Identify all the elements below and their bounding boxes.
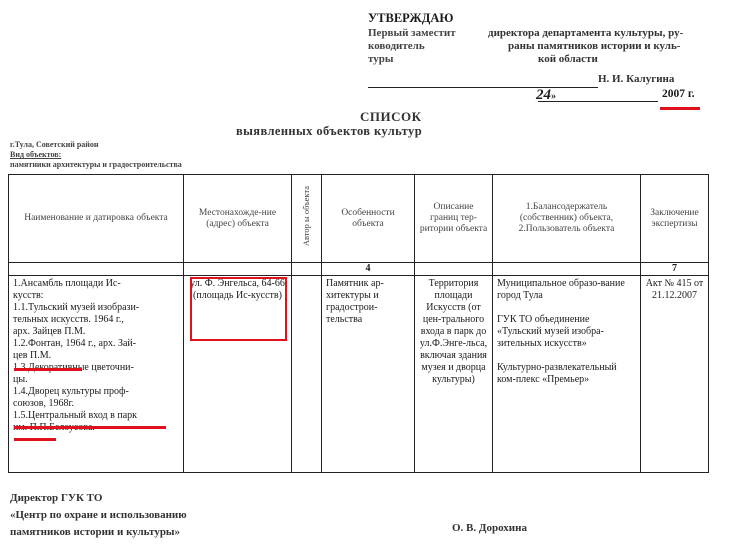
col-number [9, 263, 184, 276]
header-address: Местонахожде-ние (адрес) объекта [184, 175, 292, 263]
footer-line1: Директор ГУК ТО [10, 490, 187, 507]
cell-features: Памятник ар-хитектуры и градострои-тельс… [322, 276, 415, 473]
document-title: СПИСОК [360, 109, 422, 125]
object-type-value: памятники архитектуры и градостроительст… [10, 160, 182, 170]
cell-boundary: Территория площади Искусств (от цен-трал… [415, 276, 493, 473]
approval-line1-right: директора департамента культуры, ру- [488, 27, 683, 40]
object-type-label: Вид объектов: [10, 150, 61, 159]
table-row: 1.Ансамбль площади Ис-кусств: 1.1.Тульск… [9, 276, 709, 473]
header-features: Особенности объекта [322, 175, 415, 263]
red-underline-year [660, 107, 700, 110]
red-underline-fountain [14, 368, 82, 371]
header-owner: 1.Балансодержатель (собственник) объекта… [493, 175, 641, 263]
table-header-row: Наименование и датировка объекта Местона… [9, 175, 709, 263]
cell-expertise: Акт № 415 от 21.12.2007 [641, 276, 709, 473]
col-number: 4 [322, 263, 415, 276]
cell-owner: Муниципальное образо-вание город Тула ГУ… [493, 276, 641, 473]
footer-block: Директор ГУК ТО «Центр по охране и испол… [10, 490, 187, 541]
table-number-row: 4 7 [9, 263, 709, 276]
address-highlight-box [190, 277, 287, 341]
header-author: Автор ы объекта [292, 175, 322, 263]
approval-line3-left: туры [368, 53, 488, 66]
approval-title: УТВЕРЖДАЮ [368, 12, 683, 25]
footer-line2: «Центр по охране и использованию [10, 507, 187, 524]
cell-author [292, 276, 322, 473]
col-number [493, 263, 641, 276]
approval-block: УТВЕРЖДАЮ Первый заместитдиректора депар… [368, 12, 683, 66]
approval-signatory: Н. И. Калугина [598, 73, 674, 85]
red-underline-palace [14, 426, 166, 429]
approval-line3-right: кой области [488, 53, 598, 66]
date-line [538, 101, 658, 102]
location-city: г.Тула, Советский район [10, 140, 182, 150]
document-subtitle: выявленных объектов культур [236, 124, 422, 139]
location-block: г.Тула, Советский район Вид объектов: па… [10, 140, 182, 170]
approval-line1-left: Первый заместит [368, 27, 488, 40]
col-number: 7 [641, 263, 709, 276]
header-name: Наименование и датировка объекта [9, 175, 184, 263]
col-number [184, 263, 292, 276]
approval-date-year: 2007 г. [662, 88, 695, 100]
header-boundary: Описание границ тер-ритории объекта [415, 175, 493, 263]
footer-signatory: О. В. Дорохина [452, 522, 527, 534]
cell-name: 1.Ансамбль площади Ис-кусств: 1.1.Тульск… [9, 276, 184, 473]
footer-line3: памятников истории и культуры» [10, 524, 187, 541]
header-expertise: Заключение экспертизы [641, 175, 709, 263]
approval-line2-right: раны памятников истории и куль- [488, 40, 680, 53]
col-number [415, 263, 493, 276]
approval-line2-left: ководитель [368, 40, 488, 53]
col-number [292, 263, 322, 276]
signature-line [368, 77, 598, 88]
red-underline-palace-2 [14, 438, 56, 441]
